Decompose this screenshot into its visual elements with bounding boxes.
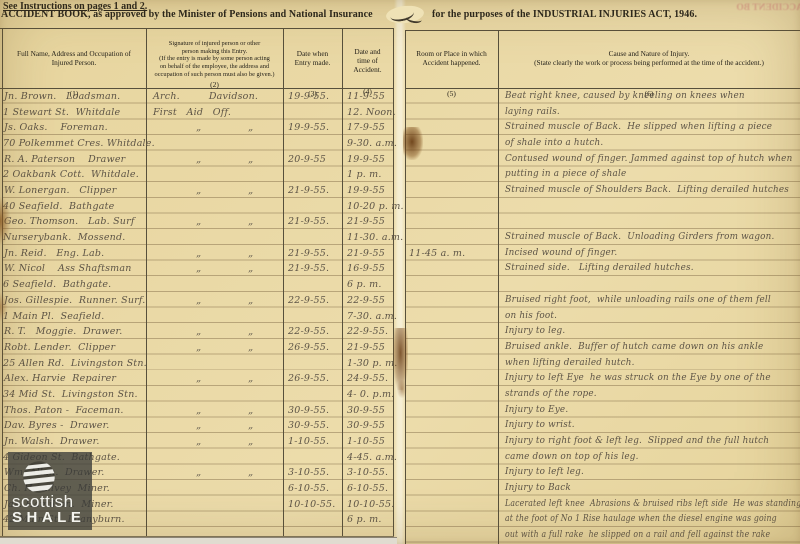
accident-date: 21-9-55: [347, 215, 392, 229]
accident-date: 3-10-55.: [347, 466, 392, 480]
accident-time: 1-30 p. m.: [347, 357, 392, 371]
ditto-mark: „: [196, 372, 206, 386]
cause-line: out with a full rake he slipped on a rai…: [505, 529, 764, 543]
cause-line: Strained muscle of Back. Unloading Girde…: [505, 231, 799, 245]
accident-book-scan: See Instructions on pages 1 and 2. ACCID…: [0, 0, 800, 544]
entry-name: Dav. Byres - Drawer.: [4, 419, 145, 433]
entry-address: Nurserybank. Mossend.: [3, 231, 145, 245]
accident-date: 30-9-55: [347, 404, 392, 418]
accident-date: 22-9-55: [347, 294, 392, 308]
accident-date: 1-10-55: [347, 435, 392, 449]
col-header-3-label: Date when Entry made.: [295, 49, 331, 67]
accident-date: 11-9-55: [347, 90, 392, 104]
entry-date: 30-9-55.: [288, 404, 340, 418]
col-header-5-label: Room or Place in which Accident happened…: [416, 49, 487, 67]
entry-address: 40 Seafield. Bathgate: [3, 200, 145, 214]
entry-name: Jos. Gillespie. Runner. Surf.: [4, 294, 145, 308]
ditto-mark: „: [248, 419, 258, 433]
cause-line: Beat right knee, caused by kneeling on k…: [505, 90, 799, 104]
ditto-mark: „: [248, 247, 258, 261]
cause-line: Injury to Back: [505, 482, 799, 496]
ditto-mark: „: [248, 341, 258, 355]
signature: First Aid Off.: [153, 106, 279, 120]
entry-date: 21-9-55.: [288, 247, 340, 261]
ditto-mark: „: [248, 184, 258, 198]
accident-date: 10-10-55.: [347, 498, 392, 512]
ditto-mark: „: [196, 466, 206, 480]
ditto-mark: „: [196, 121, 206, 135]
accident-date: 16-9-55: [347, 262, 392, 276]
entry-name: Jn. Reid. Eng. Lab.: [4, 247, 145, 261]
col-divider-2-3: [283, 28, 284, 536]
entry-date: 19-9-55.: [288, 90, 340, 104]
ditto-mark: „: [248, 121, 258, 135]
entry-date: 6-10-55.: [288, 482, 340, 496]
col-header-4-label: Date and time of Accident.: [353, 47, 381, 74]
entry-name: Js. Oaks. Foreman.: [4, 121, 145, 135]
accident-time: 9-30. a.m.: [347, 137, 392, 151]
cause-line: at the foot of No 1 Rise haulage when th…: [505, 513, 764, 527]
title-right: for the purposes of the INDUSTRIAL INJUR…: [432, 9, 697, 20]
entry-date: 30-9-55.: [288, 419, 340, 433]
cause-line: Incised wound of finger.: [505, 247, 799, 261]
ditto-mark: „: [248, 372, 258, 386]
ditto-mark: „: [196, 247, 206, 261]
entry-date: 26-9-55.: [288, 341, 340, 355]
entry-date: 21-9-55.: [288, 184, 340, 198]
entry-name: Thos. Paton - Faceman.: [4, 404, 145, 418]
ditto-mark: „: [248, 262, 258, 276]
accident-date: 6-10-55.: [347, 482, 392, 496]
cause-line: Injury to wrist.: [505, 419, 799, 433]
cause-line: putting in a piece of shale: [505, 168, 799, 182]
ditto-mark: „: [248, 404, 258, 418]
cause-line: Injury to left leg.: [505, 466, 799, 480]
entry-address: 70 Polkemmet Cres. Whitdale.: [3, 137, 145, 151]
cause-line: Injury to Eye.: [505, 404, 799, 418]
col-divider-5-6: [498, 30, 499, 544]
entry-address: 25 Allen Rd. Livingston Stn.: [3, 357, 145, 371]
ditto-mark: „: [196, 325, 206, 339]
title-left: ACCIDENT BOOK, as approved by the Minist…: [1, 9, 373, 20]
entry-name: Jn. Brown. Loadsman.: [4, 90, 145, 104]
accident-date: 30-9-55: [347, 419, 392, 433]
entry-name: W. Nicol Ass Shaftsman: [4, 262, 145, 276]
col-divider-1-2: [146, 28, 147, 536]
cause-line: came down on top of his leg.: [505, 451, 799, 465]
scottish-shale-watermark: scottish SHALE: [8, 452, 92, 530]
signature: Arch. Davidson.: [153, 90, 279, 104]
accident-date: 21-9-55: [347, 247, 392, 261]
accident-date: 19-9-55: [347, 184, 392, 198]
cause-line: Strained side. Lifting derailed hutches.: [505, 262, 799, 276]
entry-name: Robt. Lender. Clipper: [4, 341, 145, 355]
entry-date: 1-10-55.: [288, 435, 340, 449]
cause-line: Bruised ankle. Buffer of hutch came down…: [505, 341, 799, 355]
col-header-2-num: (2): [147, 80, 282, 89]
entry-date: 26-9-55.: [288, 372, 340, 386]
entry-date: 21-9-55.: [288, 215, 340, 229]
cause-line: Contused wound of finger. Jammed against…: [505, 153, 799, 167]
entry-address: 1 Main Pl. Seafield.: [3, 310, 145, 324]
cause-line: when lifting derailed hutch.: [505, 357, 799, 371]
accident-time: 4- 0. p.m.: [347, 388, 392, 402]
cause-line: Strained muscle of Back. He slipped when…: [505, 121, 799, 135]
accident-time: 12. Noon.: [347, 106, 392, 120]
entry-date: 20-9-55: [288, 153, 340, 167]
ditto-mark: „: [196, 215, 206, 229]
accident-date: 21-9-55: [347, 341, 392, 355]
entry-date: 3-10-55.: [288, 466, 340, 480]
entry-name: Geo. Thomson. Lab. Surf: [4, 215, 145, 229]
accident-time: 6 p. m.: [347, 513, 392, 527]
cause-line: laying rails.: [505, 106, 799, 120]
accident-date: 22-9-55.: [347, 325, 392, 339]
ditto-mark: „: [248, 153, 258, 167]
entry-name: Jn. Walsh. Drawer.: [4, 435, 145, 449]
accident-time: 6 p. m.: [347, 278, 392, 292]
entry-date: 22-9-55.: [288, 325, 340, 339]
ditto-mark: „: [196, 435, 206, 449]
watermark-text-shale: SHALE: [12, 509, 85, 526]
ditto-mark: „: [248, 215, 258, 229]
cause-line: on his foot.: [505, 310, 799, 324]
col-header-2-label: Signature of injured person or other per…: [155, 40, 275, 78]
ditto-mark: „: [196, 404, 206, 418]
accident-date: 24-9-55.: [347, 372, 392, 386]
cause-line: strands of the rope.: [505, 388, 799, 402]
cause-line: Injury to right foot & left leg. Slipped…: [505, 435, 799, 449]
ditto-mark: „: [196, 419, 206, 433]
cause-line: Lacerated left knee Abrasions & bruised …: [505, 498, 764, 512]
col-header-4: Date and time of Accident. (4): [343, 28, 392, 99]
col-header-1-label: Full Name, Address and Occupation of Inj…: [17, 49, 131, 67]
ditto-mark: „: [248, 435, 258, 449]
entry-name: R. A. Paterson Drawer: [4, 153, 145, 167]
accident-time: 4-45. a.m.: [347, 451, 392, 465]
left-page-bottom-sliver: [0, 537, 397, 544]
accident-time: 10-20 p. m.: [347, 200, 392, 214]
accident-date: 17-9-55: [347, 121, 392, 135]
ditto-mark: „: [196, 262, 206, 276]
accident-time: 11-30. a.m.: [347, 231, 392, 245]
col-header-6-label: Cause and Nature of Injury. (State clear…: [534, 49, 764, 67]
cause-line: of shale into a hutch.: [505, 137, 799, 151]
cause-line: Injury to leg.: [505, 325, 799, 339]
col-header-5-num: (5): [406, 89, 497, 98]
entry-date: 10-10-55.: [288, 498, 340, 512]
accident-place: 11-45 a. m.: [409, 247, 495, 261]
accident-time: 7-30. a.m.: [347, 310, 392, 324]
col-header-5: Room or Place in which Accident happened…: [406, 28, 497, 101]
entry-address: 6 Seafield. Bathgate.: [3, 278, 145, 292]
col-header-2: Signature of injured person or other per…: [147, 28, 282, 92]
ditto-mark: „: [196, 294, 206, 308]
entry-name: R. T. Moggie. Drawer.: [4, 325, 145, 339]
ditto-mark: „: [196, 153, 206, 167]
ditto-mark: „: [248, 466, 258, 480]
ink-offset-text: ACCIDENT BO: [733, 3, 800, 13]
cause-line: Strained muscle of Shoulders Back. Lifti…: [505, 184, 799, 198]
ditto-mark: „: [248, 325, 258, 339]
entry-date: 19-9-55.: [288, 121, 340, 135]
ditto-mark: „: [248, 294, 258, 308]
accident-date: 19-9-55: [347, 153, 392, 167]
ditto-mark: „: [196, 184, 206, 198]
cause-line: Injury to left Eye he was struck on the …: [505, 372, 799, 386]
entry-name: Alex. Harvie Repairer: [4, 372, 145, 386]
entry-address: 34 Mid St. Livingston Stn.: [3, 388, 145, 402]
right-page-left-border: [405, 30, 406, 544]
entry-date: 22-9-55.: [288, 294, 340, 308]
entry-date: 21-9-55.: [288, 262, 340, 276]
ditto-mark: „: [196, 341, 206, 355]
cause-line: Bruised right foot, while unloading rail…: [505, 294, 799, 308]
entry-address: 2 Oakbank Cott. Whitdale.: [3, 168, 145, 182]
entry-address: 1 Stewart St. Whitdale: [3, 106, 145, 120]
col-divider-3-4: [342, 28, 343, 536]
entry-name: W. Lonergan. Clipper: [4, 184, 145, 198]
accident-time: 1 p. m.: [347, 168, 392, 182]
